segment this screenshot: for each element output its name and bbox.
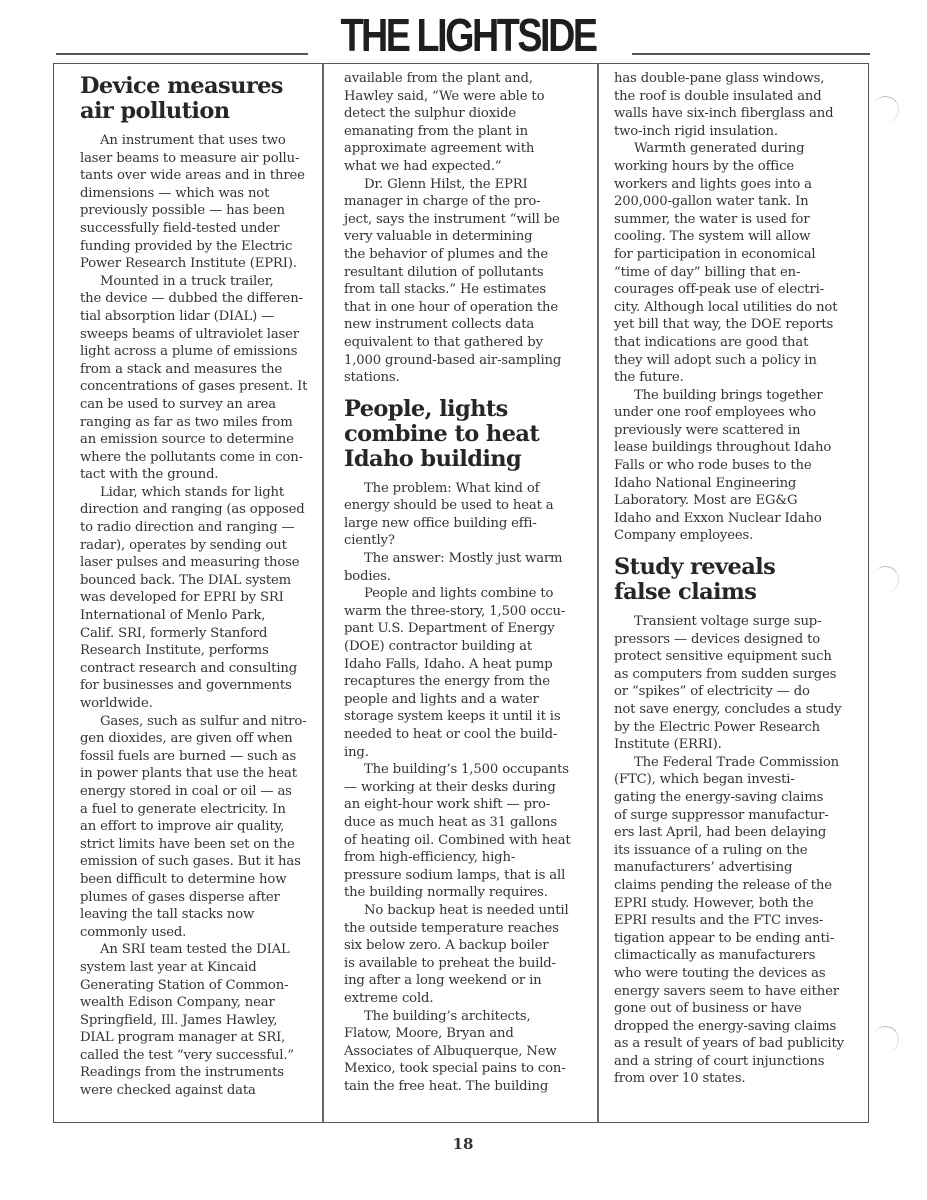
paragraph: Warmth generated during working hours by… <box>614 140 862 386</box>
column-1: Device measures air pollution An instrum… <box>80 72 316 1100</box>
paragraph: The Federal Trade Commission (FTC), whic… <box>614 754 862 1088</box>
headline-device-measures-air-pollution: Device measures air pollution <box>80 74 316 124</box>
masthead-title: THE LIGHTSIDE <box>332 8 604 62</box>
paragraph: An SRI team tested the DIAL system last … <box>80 941 316 1099</box>
paragraph-continued: has double-pane glass windows, the roof … <box>614 70 862 140</box>
masthead-rule-right <box>632 53 870 55</box>
paragraph-continued: available from the plant and, Hawley sai… <box>344 70 588 176</box>
paragraph: An instrument that uses two laser beams … <box>80 132 316 273</box>
masthead: THE LIGHTSIDE <box>0 8 927 64</box>
paragraph: No backup heat is needed until the outsi… <box>344 902 588 1008</box>
headline-people-lights-combine: People, lights combine to heat Idaho bui… <box>344 397 588 472</box>
page-number: 18 <box>440 1135 486 1153</box>
column-divider-1 <box>322 63 324 1123</box>
hole-punch-mark <box>870 1024 901 1055</box>
hole-punch-mark <box>870 94 901 125</box>
hole-punch-mark <box>870 564 901 595</box>
column-2: available from the plant and, Hawley sai… <box>344 70 588 1095</box>
paragraph: Gases, such as sulfur and nitro- gen dio… <box>80 713 316 942</box>
paragraph: The building’s 1,500 occupants — working… <box>344 761 588 902</box>
paragraph: The problem: What kind of energy should … <box>344 480 588 550</box>
paragraph: The answer: Mostly just warm bodies. <box>344 550 588 585</box>
paragraph: Transient voltage surge sup- pressors — … <box>614 613 862 754</box>
column-divider-2 <box>597 63 599 1123</box>
paragraph: Lidar, which stands for light direction … <box>80 484 316 713</box>
column-3: has double-pane glass windows, the roof … <box>614 70 862 1088</box>
paragraph: People and lights combine to warm the th… <box>344 585 588 761</box>
paragraph: Mounted in a truck trailer, the device —… <box>80 273 316 484</box>
paragraph: The building brings together under one r… <box>614 387 862 545</box>
headline-study-reveals-false-claims: Study reveals false claims <box>614 555 862 605</box>
paragraph: Dr. Glenn Hilst, the EPRI manager in cha… <box>344 176 588 387</box>
masthead-rule-left <box>56 53 308 55</box>
paragraph: The building’s architects, Flatow, Moore… <box>344 1008 588 1096</box>
